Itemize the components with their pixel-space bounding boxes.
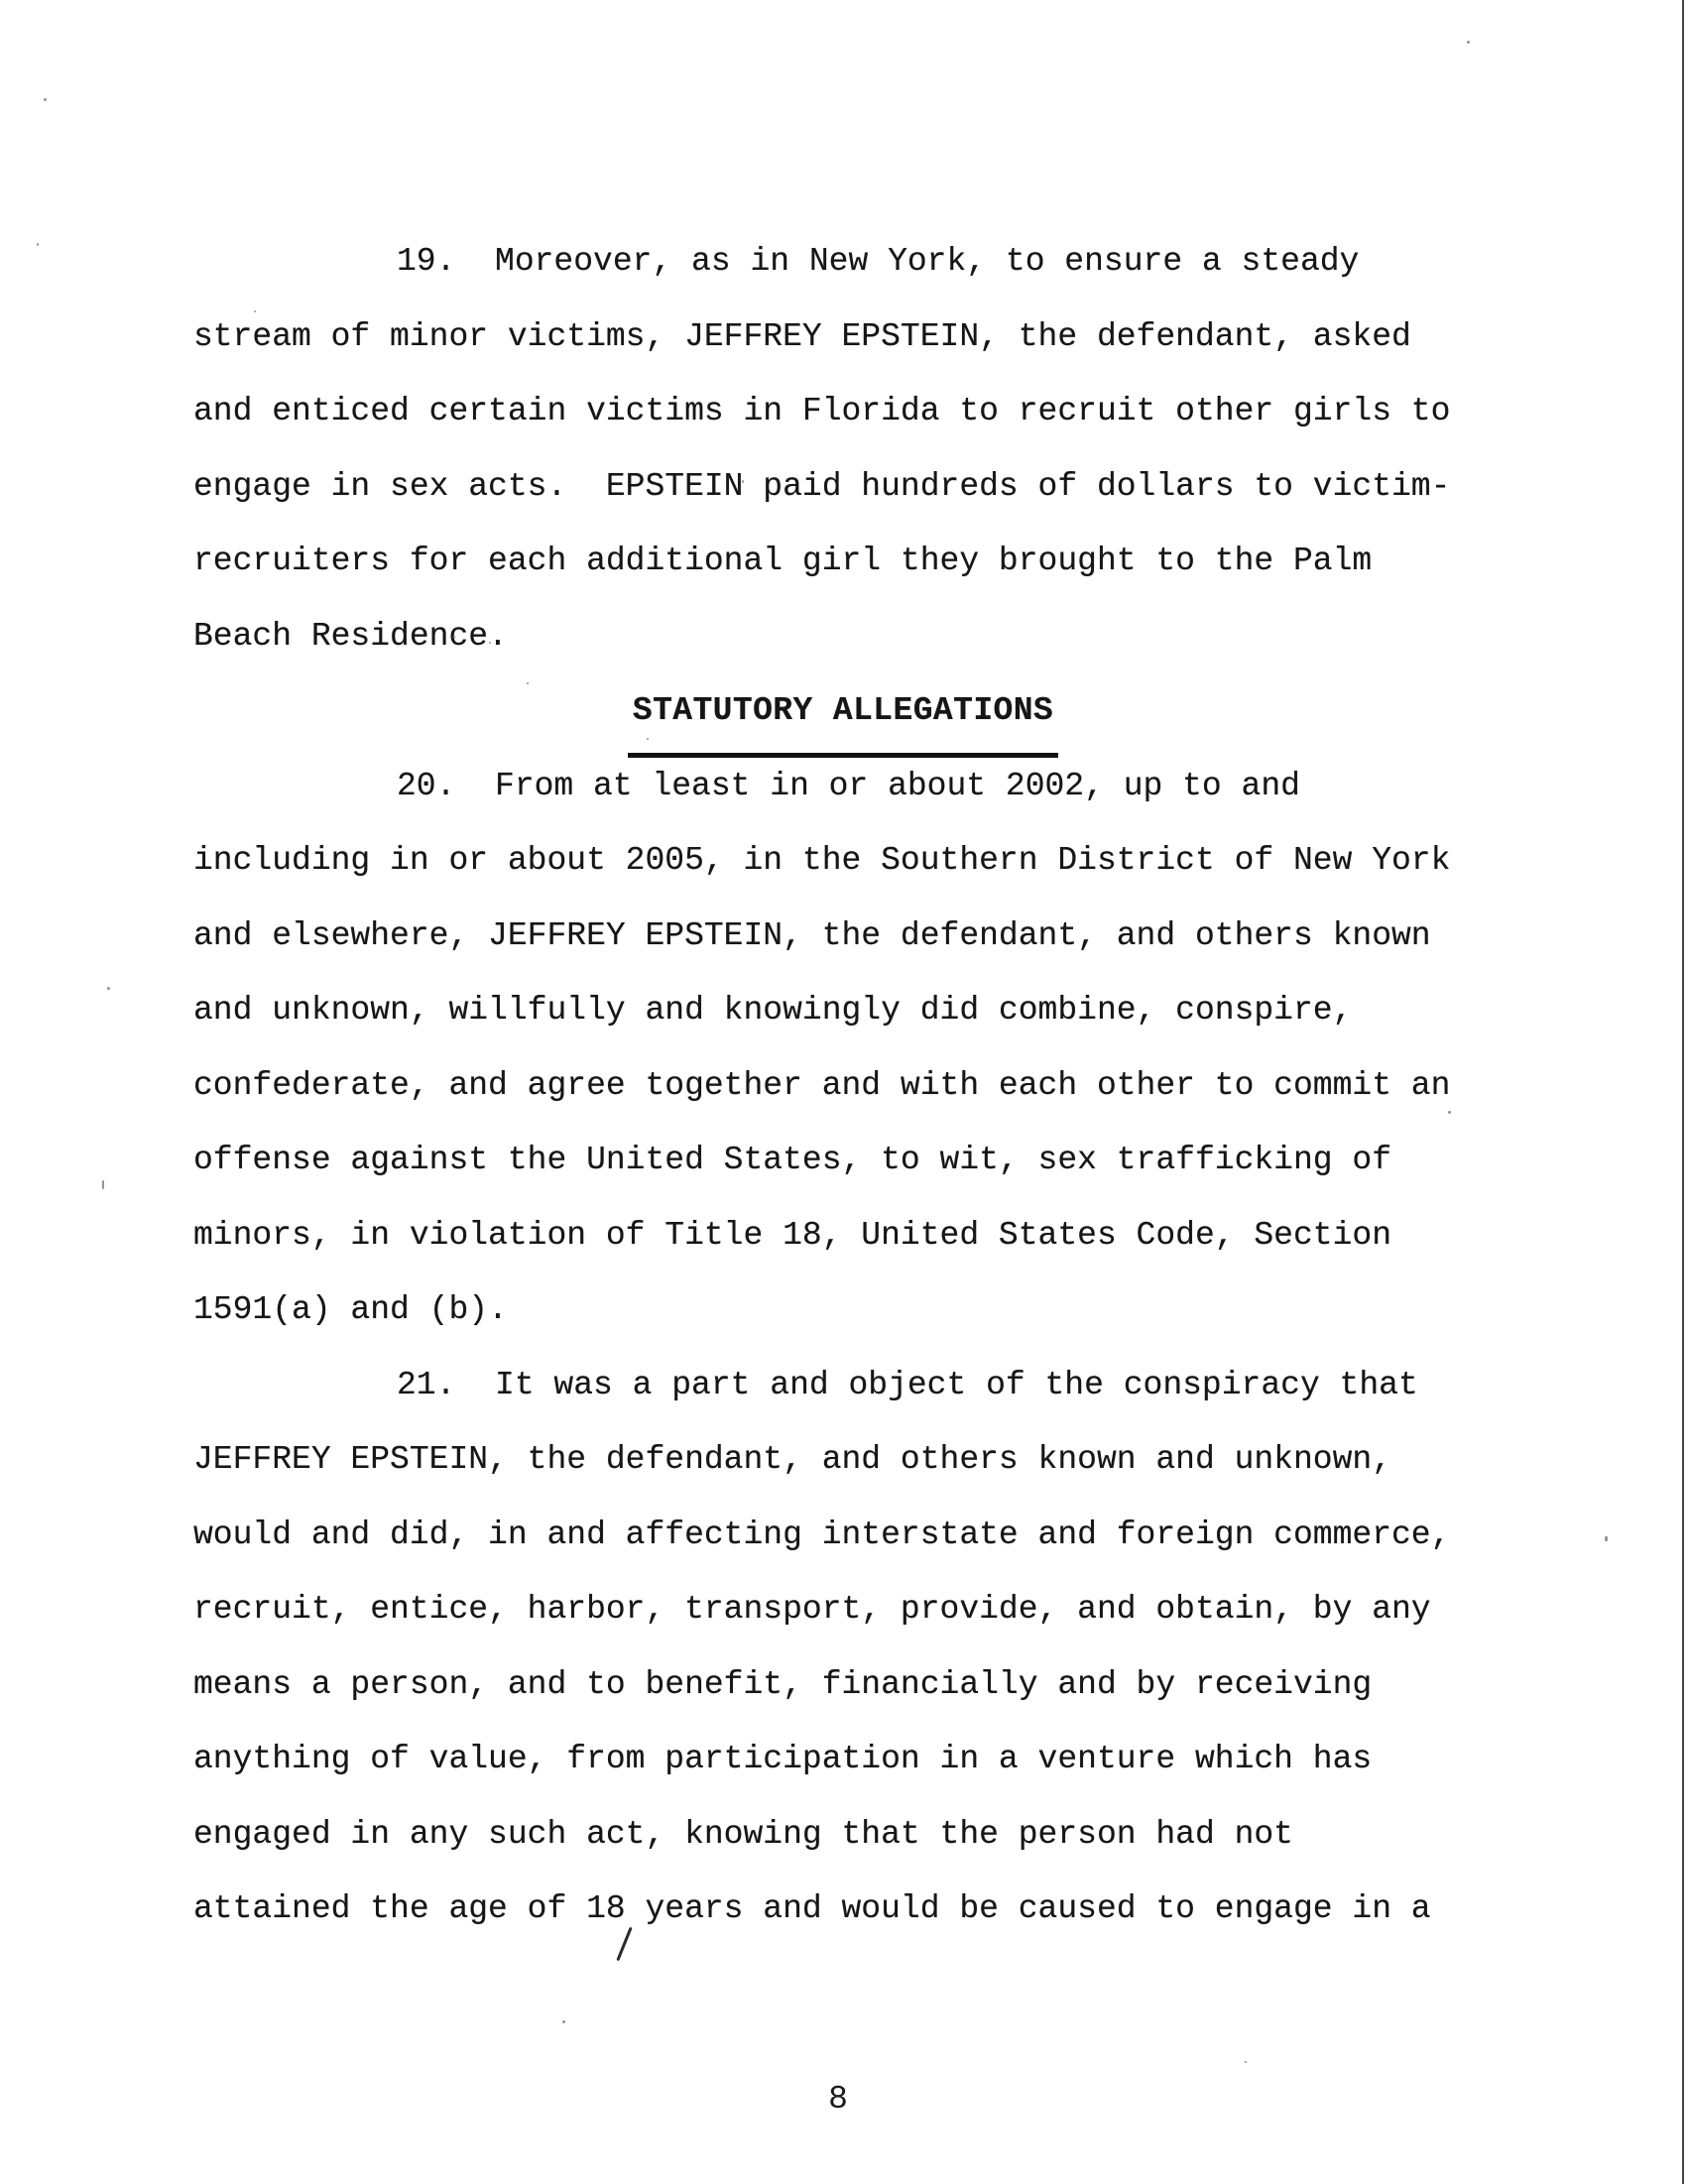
scan-speck bbox=[562, 2020, 565, 2023]
section-heading-line: STATUTORY ALLEGATIONS bbox=[193, 673, 1493, 749]
para21-line-7: engaged in any such act, knowing that th… bbox=[193, 1797, 1493, 1873]
scan-speck bbox=[254, 310, 256, 312]
para19-line-2: stream of minor victims, JEFFREY EPSTEIN… bbox=[193, 300, 1493, 375]
para19-line-5: recruiters for each additional girl they… bbox=[193, 524, 1493, 599]
scan-speck bbox=[1467, 41, 1470, 44]
scan-speck bbox=[647, 738, 649, 740]
document-page: 19. Moreover, as in New York, to ensure … bbox=[0, 0, 1689, 2184]
scan-speck bbox=[1245, 2061, 1247, 2063]
para20-line-7: minors, in violation of Title 18, United… bbox=[193, 1198, 1493, 1274]
para20-line-6: offense against the United States, to wi… bbox=[193, 1123, 1493, 1198]
para21-line-4: recruit, entice, harbor, transport, prov… bbox=[193, 1572, 1493, 1647]
para21-line-1: 21. It was a part and object of the cons… bbox=[193, 1348, 1493, 1423]
scan-speck bbox=[107, 987, 110, 990]
scan-speck bbox=[489, 642, 491, 644]
scan-speck bbox=[452, 636, 455, 639]
para21-line-8: attained the age of 18 years and would b… bbox=[193, 1872, 1493, 1947]
para20-line-1: 20. From at least in or about 2002, up t… bbox=[193, 749, 1493, 824]
para20-line-8: 1591(a) and (b). bbox=[193, 1273, 1493, 1348]
para20-line-2: including in or about 2005, in the South… bbox=[193, 823, 1493, 899]
para20-line-3: and elsewhere, JEFFREY EPSTEIN, the defe… bbox=[193, 899, 1493, 974]
para20-line-4: and unknown, willfully and knowingly did… bbox=[193, 973, 1493, 1048]
section-heading: STATUTORY ALLEGATIONS bbox=[628, 673, 1058, 758]
para19-line-3: and enticed certain victims in Florida t… bbox=[193, 374, 1493, 449]
scan-speck bbox=[527, 682, 529, 684]
scan-speck bbox=[1448, 1111, 1451, 1114]
para20-line-5: confederate, and agree together and with… bbox=[193, 1048, 1493, 1124]
scan-speck bbox=[102, 1180, 104, 1189]
para19-line-6: Beach Residence. bbox=[193, 599, 1493, 674]
para21-line-2: JEFFREY EPSTEIN, the defendant, and othe… bbox=[193, 1422, 1493, 1498]
scan-speck bbox=[37, 243, 39, 246]
scan-edge-line bbox=[1682, 0, 1684, 2184]
page-number: 8 bbox=[193, 2081, 1483, 2118]
para21-line-6: anything of value, from participation in… bbox=[193, 1722, 1493, 1797]
document-text-block: 19. Moreover, as in New York, to ensure … bbox=[193, 224, 1493, 1947]
para21-line-5: means a person, and to benefit, financia… bbox=[193, 1647, 1493, 1723]
para21-line-3: would and did, in and affecting intersta… bbox=[193, 1498, 1493, 1573]
para19-line-1: 19. Moreover, as in New York, to ensure … bbox=[193, 224, 1493, 300]
scan-speck bbox=[742, 480, 744, 483]
para19-line-4: engage in sex acts. EPSTEIN paid hundred… bbox=[193, 449, 1493, 525]
scan-speck bbox=[1605, 1536, 1608, 1541]
scan-speck bbox=[44, 98, 47, 101]
